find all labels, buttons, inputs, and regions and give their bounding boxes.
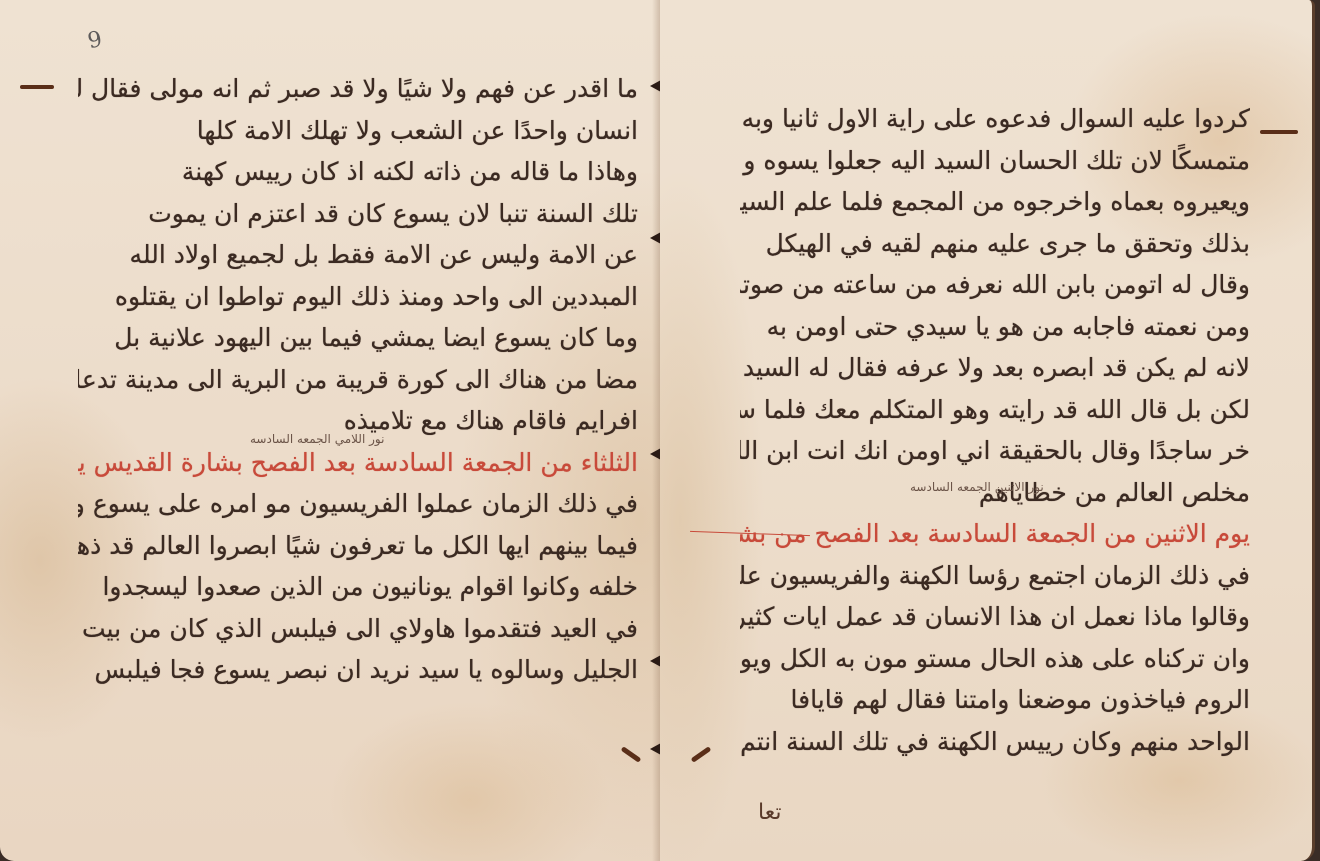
text-line: ما اقدر عن فهم ولا شيًا ولا قد صبر ثم ان… — [78, 68, 638, 110]
rubric-line: يوم الاثنين من الجمعة السادسة بعد الفصح … — [740, 513, 1250, 555]
text-line: لكن بل قال الله قد رايته وهو المتكلم معك… — [740, 389, 1250, 431]
text-line: خر ساجدًا وقال بالحقيقة اني اومن انك انت… — [740, 430, 1250, 472]
text-line: تلك السنة تنبا لان يسوع كان قد اعتزم ان … — [78, 193, 638, 235]
text-line: الواحد منهم وكان رييس الكهنة في تلك السن… — [740, 721, 1250, 763]
text-line: متمسكًا لان تلك الحسان السيد اليه جعلوا … — [740, 140, 1250, 182]
left-page: 9 ما اقدر عن فهم ولا شيًا ولا قد صبر ثم … — [0, 0, 661, 861]
text-line: لانه لم يكن قد ابصره بعد ولا عرفه فقال ل… — [740, 347, 1250, 389]
ink-blot — [691, 746, 712, 763]
rubric-line: الثلثاء من الجمعة السادسة بعد الفصح بشار… — [78, 442, 638, 484]
manuscript-photo: 9 ما اقدر عن فهم ولا شيًا ولا قد صبر ثم … — [0, 0, 1320, 861]
text-line: وما كان يسوع ايضا يمشي فيما بين اليهود ع… — [78, 317, 638, 359]
interlinear-gloss: نور الاثنين الجمعه السادسه — [910, 480, 1044, 494]
text-line: الجليل وسالوه يا سيد نريد ان نبصر يسوع ف… — [78, 649, 638, 691]
text-line: وان تركناه على هذه الحال مستو مون به الك… — [740, 638, 1250, 680]
text-line: عن الامة وليس عن الامة فقط بل لجميع اولا… — [78, 234, 638, 276]
right-page-text: كردوا عليه السوال فدعوه على راية الاول ث… — [740, 98, 1250, 762]
interlinear-gloss: نور اللامي الجمعه السادسه — [250, 432, 384, 446]
ink-blot — [621, 746, 642, 763]
text-line: وهاذا ما قاله من ذاته لكنه اذ كان رييس ك… — [78, 151, 638, 193]
text-line: ومن نعمته فاجابه من هو يا سيدي حتى اومن … — [740, 306, 1250, 348]
text-line: وقالوا ماذا نعمل ان هذا الانسان قد عمل ا… — [740, 596, 1250, 638]
text-line: ويعيروه بعماه واخرجوه من المجمع فلما علم… — [740, 181, 1250, 223]
folio-number: 9 — [86, 27, 105, 54]
text-line: المبددين الى واحد ومنذ ذلك اليوم تواطوا … — [78, 276, 638, 318]
text-line: في ذلك الزمان اجتمع رؤسا الكهنة والفريسي… — [740, 555, 1250, 597]
ink-blot — [1260, 130, 1298, 134]
text-line: انسان واحدًا عن الشعب ولا تهلك الامة كله… — [78, 110, 638, 152]
right-page: كردوا عليه السوال فدعوه على راية الاول ث… — [660, 0, 1315, 861]
text-line: الروم فياخذون موضعنا وامتنا فقال لهم قاي… — [740, 679, 1250, 721]
catchword: تعا — [758, 800, 781, 825]
text-line: وقال له اتومن بابن الله نعرفه من ساعته م… — [740, 264, 1250, 306]
text-line: بذلك وتحقق ما جرى عليه منهم لقيه في الهي… — [740, 223, 1250, 265]
left-page-text: ما اقدر عن فهم ولا شيًا ولا قد صبر ثم ان… — [78, 68, 638, 691]
text-line: فيما بينهم ايها الكل ما تعرفون شيًا ابصر… — [78, 525, 638, 567]
text-line: في ذلك الزمان عملوا الفريسيون مو امره عل… — [78, 483, 638, 525]
text-line: في العيد فتقدموا هاولاي الى فيلبس الذي ك… — [78, 608, 638, 650]
text-line: مضا من هناك الى كورة قريبة من البرية الى… — [78, 359, 638, 401]
text-line: كردوا عليه السوال فدعوه على راية الاول ث… — [740, 98, 1250, 140]
text-line: خلفه وكانوا اقوام يونانيون من الذين صعدو… — [78, 566, 638, 608]
ink-blot — [20, 85, 54, 89]
